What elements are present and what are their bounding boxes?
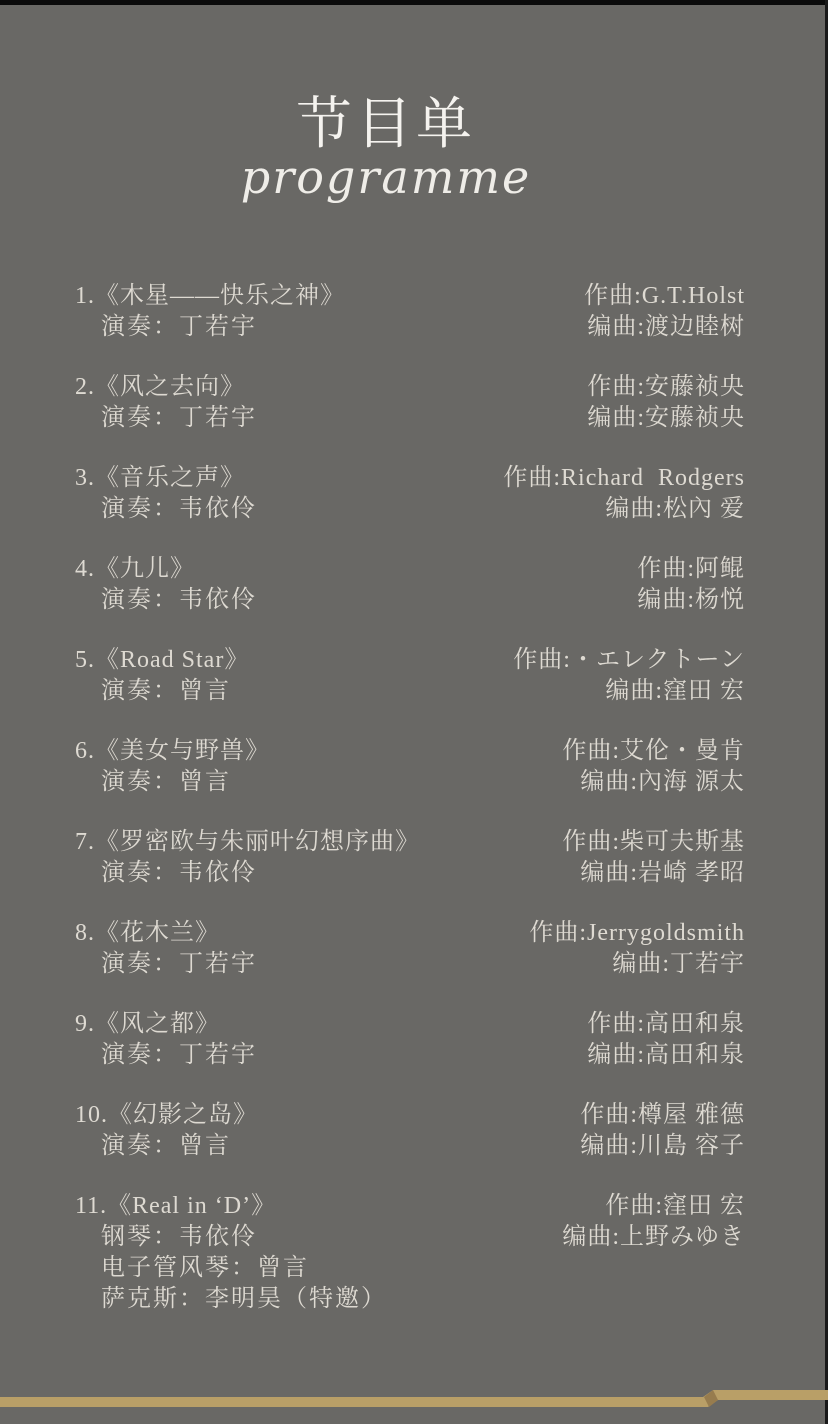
item-title: 《九儿》 bbox=[95, 556, 195, 582]
item-arranger: 编曲:上野みゆき bbox=[562, 1222, 745, 1253]
item-performer: 电子管风琴：曾言 bbox=[75, 1253, 309, 1284]
item-composer: 作曲:高田和泉 bbox=[587, 1009, 745, 1040]
item-title-group: 4.《九儿》 bbox=[75, 554, 195, 585]
item-performer-line: 演奏：韦依伶 编曲:岩崎 孝昭 bbox=[75, 858, 745, 889]
page-subtitle: programme bbox=[0, 146, 800, 208]
item-performer: 演奏：韦依伶 bbox=[75, 585, 257, 616]
item-number: 1. bbox=[75, 283, 95, 309]
item-composer: 作曲:樽屋 雅德 bbox=[580, 1100, 745, 1131]
item-composer: 作曲:Richard Rodgers bbox=[503, 463, 745, 494]
item-arranger: 编曲:杨悦 bbox=[637, 585, 745, 616]
item-number: 3. bbox=[75, 465, 95, 491]
item-title-group: 2.《风之去向》 bbox=[75, 372, 245, 403]
item-arranger: 编曲:高田和泉 bbox=[587, 1040, 745, 1071]
programme-list: 1.《木星——快乐之神》 作曲:G.T.Holst 演奏：丁若宇 编曲:渡边睦树… bbox=[0, 281, 828, 1315]
item-performer-line: 演奏：丁若宇 编曲:安藤祯央 bbox=[75, 403, 745, 434]
item-number: 10. bbox=[75, 1102, 108, 1128]
item-arranger: 编曲:岩崎 孝昭 bbox=[580, 858, 745, 889]
item-composer: 作曲:艾伦・曼肯 bbox=[562, 736, 745, 767]
item-title-line: 8.《花木兰》 作曲:Jerrygoldsmith bbox=[75, 918, 745, 949]
item-performer: 演奏：曾言 bbox=[75, 1131, 231, 1162]
item-performer-line: 演奏：曾言 编曲:窪田 宏 bbox=[75, 676, 745, 707]
item-performer: 钢琴：韦依伶 bbox=[75, 1222, 257, 1253]
item-title-line: 4.《九儿》 作曲:阿鲲 bbox=[75, 554, 745, 585]
top-edge-line bbox=[0, 0, 828, 5]
item-arranger: 编曲:川島 容子 bbox=[580, 1131, 745, 1162]
item-performer-line: 演奏：丁若宇 编曲:渡边睦树 bbox=[75, 312, 745, 343]
item-title-line: 10.《幻影之岛》 作曲:樽屋 雅德 bbox=[75, 1100, 745, 1131]
item-performer: 演奏：韦依伶 bbox=[75, 858, 257, 889]
item-arranger: 编曲:安藤祯央 bbox=[587, 403, 745, 434]
item-performer: 演奏：丁若宇 bbox=[75, 403, 257, 434]
item-performer-line: 电子管风琴：曾言 bbox=[75, 1253, 745, 1284]
item-arranger: 编曲:窪田 宏 bbox=[605, 676, 745, 707]
programme-page: 节目单 programme 1.《木星——快乐之神》 作曲:G.T.Holst … bbox=[0, 0, 828, 1424]
item-composer: 作曲:G.T.Holst bbox=[584, 281, 745, 312]
item-title-line: 6.《美女与野兽》 作曲:艾伦・曼肯 bbox=[75, 736, 745, 767]
item-title-group: 1.《木星——快乐之神》 bbox=[75, 281, 345, 312]
item-performer-line: 演奏：曾言 编曲:川島 容子 bbox=[75, 1131, 745, 1162]
item-number: 11. bbox=[75, 1193, 107, 1219]
item-number: 6. bbox=[75, 738, 95, 764]
item-performer: 演奏：丁若宇 bbox=[75, 312, 257, 343]
item-title: 《美女与野兽》 bbox=[95, 738, 270, 764]
gold-ribbon bbox=[0, 1390, 828, 1424]
programme-item-8: 8.《花木兰》 作曲:Jerrygoldsmith 演奏：丁若宇 编曲:丁若宇 bbox=[75, 918, 745, 980]
item-title-group: 10.《幻影之岛》 bbox=[75, 1100, 258, 1131]
page-header: 节目单 programme bbox=[0, 92, 800, 208]
item-title-line: 11.《Real in ‘D’》 作曲:窪田 宏 bbox=[75, 1191, 745, 1222]
item-title: 《风之去向》 bbox=[95, 374, 245, 400]
item-performer-line: 演奏：曾言 编曲:內海 源太 bbox=[75, 767, 745, 798]
item-number: 5. bbox=[75, 647, 95, 673]
item-title-group: 11.《Real in ‘D’》 bbox=[75, 1191, 276, 1222]
item-performer-line: 演奏：韦依伶 编曲:松內 爱 bbox=[75, 494, 745, 525]
item-title-group: 9.《风之都》 bbox=[75, 1009, 220, 1040]
item-title-line: 1.《木星——快乐之神》 作曲:G.T.Holst bbox=[75, 281, 745, 312]
item-arranger: 编曲:渡边睦树 bbox=[587, 312, 745, 343]
programme-item-11: 11.《Real in ‘D’》 作曲:窪田 宏 钢琴：韦依伶 编曲:上野みゆき… bbox=[75, 1191, 745, 1315]
item-title: 《花木兰》 bbox=[95, 920, 220, 946]
item-title-line: 5.《Road Star》 作曲:・エレクトーン bbox=[75, 645, 745, 676]
item-performer: 演奏：丁若宇 bbox=[75, 1040, 257, 1071]
item-performer: 萨克斯：李明昊（特邀） bbox=[75, 1284, 387, 1315]
programme-item-10: 10.《幻影之岛》 作曲:樽屋 雅德 演奏：曾言 编曲:川島 容子 bbox=[75, 1100, 745, 1162]
item-arranger: 编曲:內海 源太 bbox=[580, 767, 745, 798]
programme-item-7: 7.《罗密欧与朱丽叶幻想序曲》 作曲:柴可夫斯基 演奏：韦依伶 编曲:岩崎 孝昭 bbox=[75, 827, 745, 889]
item-title-line: 9.《风之都》 作曲:高田和泉 bbox=[75, 1009, 745, 1040]
item-performer-line: 演奏：丁若宇 编曲:丁若宇 bbox=[75, 949, 745, 980]
programme-item-6: 6.《美女与野兽》 作曲:艾伦・曼肯 演奏：曾言 编曲:內海 源太 bbox=[75, 736, 745, 798]
item-performer: 演奏：曾言 bbox=[75, 767, 231, 798]
item-title: 《木星——快乐之神》 bbox=[95, 283, 345, 309]
item-performer: 演奏：丁若宇 bbox=[75, 949, 257, 980]
item-composer: 作曲:Jerrygoldsmith bbox=[529, 918, 745, 949]
item-title-group: 7.《罗密欧与朱丽叶幻想序曲》 bbox=[75, 827, 420, 858]
item-arranger: 编曲:松內 爱 bbox=[605, 494, 745, 525]
programme-item-5: 5.《Road Star》 作曲:・エレクトーン 演奏：曾言 编曲:窪田 宏 bbox=[75, 645, 745, 707]
item-number: 4. bbox=[75, 556, 95, 582]
item-title-line: 3.《音乐之声》 作曲:Richard Rodgers bbox=[75, 463, 745, 494]
item-title-group: 8.《花木兰》 bbox=[75, 918, 220, 949]
item-title-line: 7.《罗密欧与朱丽叶幻想序曲》 作曲:柴可夫斯基 bbox=[75, 827, 745, 858]
item-title-line: 2.《风之去向》 作曲:安藤祯央 bbox=[75, 372, 745, 403]
programme-item-3: 3.《音乐之声》 作曲:Richard Rodgers 演奏：韦依伶 编曲:松內… bbox=[75, 463, 745, 525]
item-title: 《幻影之岛》 bbox=[108, 1102, 258, 1128]
item-performer: 演奏：曾言 bbox=[75, 676, 231, 707]
item-number: 7. bbox=[75, 829, 95, 855]
item-composer: 作曲:阿鲲 bbox=[637, 554, 745, 585]
item-title: 《Road Star》 bbox=[95, 647, 249, 673]
programme-item-9: 9.《风之都》 作曲:高田和泉 演奏：丁若宇 编曲:高田和泉 bbox=[75, 1009, 745, 1071]
item-title: 《Real in ‘D’》 bbox=[107, 1193, 276, 1219]
item-performer-line: 钢琴：韦依伶 编曲:上野みゆき bbox=[75, 1222, 745, 1253]
item-composer: 作曲:安藤祯央 bbox=[587, 372, 745, 403]
item-composer: 作曲:・エレクトーン bbox=[513, 645, 745, 676]
item-performer-line: 演奏：韦依伶 编曲:杨悦 bbox=[75, 585, 745, 616]
item-arranger: 编曲:丁若宇 bbox=[612, 949, 745, 980]
item-number: 9. bbox=[75, 1011, 95, 1037]
item-performer-line: 演奏：丁若宇 编曲:高田和泉 bbox=[75, 1040, 745, 1071]
item-title: 《罗密欧与朱丽叶幻想序曲》 bbox=[95, 829, 420, 855]
item-composer: 作曲:窪田 宏 bbox=[605, 1191, 745, 1222]
item-performer-line: 萨克斯：李明昊（特邀） bbox=[75, 1284, 745, 1315]
item-composer: 作曲:柴可夫斯基 bbox=[562, 827, 745, 858]
programme-item-4: 4.《九儿》 作曲:阿鲲 演奏：韦依伶 编曲:杨悦 bbox=[75, 554, 745, 616]
item-title-group: 6.《美女与野兽》 bbox=[75, 736, 270, 767]
programme-item-2: 2.《风之去向》 作曲:安藤祯央 演奏：丁若宇 编曲:安藤祯央 bbox=[75, 372, 745, 434]
item-title: 《风之都》 bbox=[95, 1011, 220, 1037]
item-performer: 演奏：韦依伶 bbox=[75, 494, 257, 525]
item-number: 2. bbox=[75, 374, 95, 400]
item-number: 8. bbox=[75, 920, 95, 946]
item-title: 《音乐之声》 bbox=[95, 465, 245, 491]
item-title-group: 5.《Road Star》 bbox=[75, 645, 249, 676]
programme-item-1: 1.《木星——快乐之神》 作曲:G.T.Holst 演奏：丁若宇 编曲:渡边睦树 bbox=[75, 281, 745, 343]
item-title-group: 3.《音乐之声》 bbox=[75, 463, 245, 494]
